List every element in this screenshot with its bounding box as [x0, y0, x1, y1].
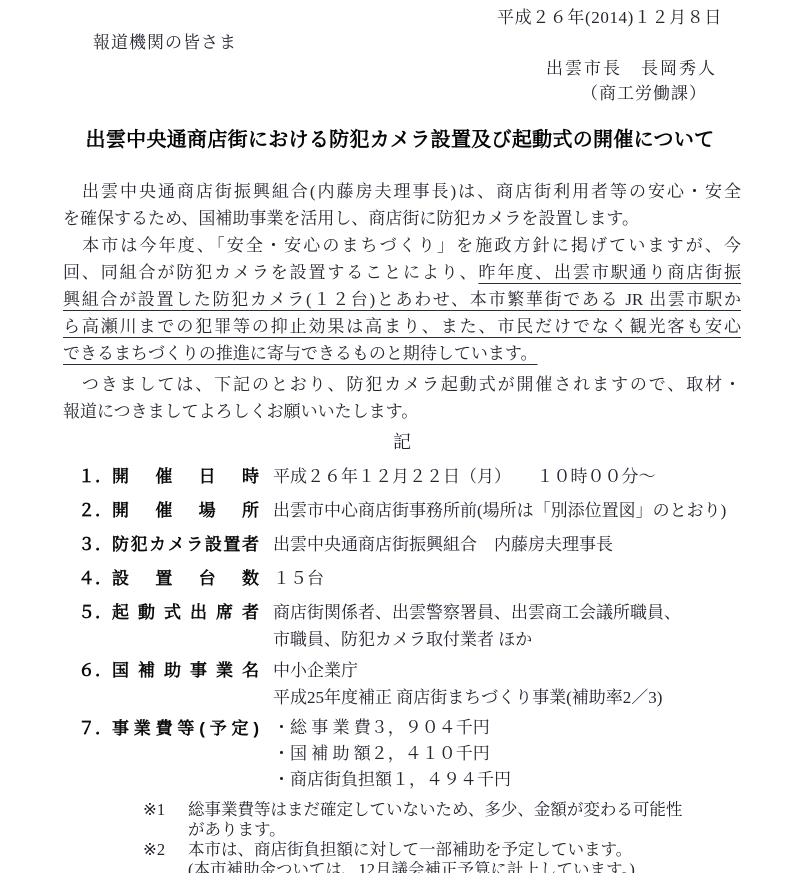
item-number: ４．	[78, 565, 112, 592]
item-number: ２．	[78, 497, 112, 524]
list-item-units: ４． 設 置 台 数 １５台	[78, 565, 741, 592]
footnote-line: があります。	[188, 820, 741, 840]
item-head: ５． 起動式出席者	[78, 599, 273, 653]
item-label: 開 催 日 時	[112, 463, 273, 490]
list-item-attendees: ５． 起動式出席者 商店街関係者、出雲警察署員、出雲商工会議所職員、 市職員、防…	[78, 599, 741, 653]
item-value-line: 出雲中央通商店街振興組合 内藤房夫理事長	[273, 531, 741, 558]
list-item-costs: ７． 事業費等(予定) ・総 事 業 費３，９０４千円 ・国 補 助 額２，４１…	[78, 715, 741, 793]
list-item-date: １． 開 催 日 時 平成２６年１２月２２日（月） １０時００分～	[78, 463, 741, 490]
paragraph-line: できるまちづくりの推進に寄与できるものと期待しています。	[63, 340, 741, 367]
item-label: 設 置 台 数	[112, 565, 273, 592]
footnote-2: ※2 本市は、商店街負担額に対して一部補助を予定しています。 (本市補助金ついて…	[143, 840, 741, 873]
footnote-line: 総事業費等はまだ確定していないため、多少、金額が変わる可能性	[188, 800, 741, 820]
item-value-line: 出雲市中心商店街事務所前(場所は「別添位置図」のとおり)	[273, 497, 741, 524]
list-item-place: ２． 開 催 場 所 出雲市中心商店街事務所前(場所は「別添位置図」のとおり)	[78, 497, 741, 524]
item-value-line: 商店街関係者、出雲警察署員、出雲商工会議所職員、	[273, 599, 741, 626]
footnote-1: ※1 総事業費等はまだ確定していないため、多少、金額が変わる可能性 があります。	[143, 800, 741, 840]
item-value-line: ・商店街負担額１，４９４千円	[273, 767, 741, 793]
item-number: ７．	[78, 715, 112, 793]
sender-name: 出雲市長 長岡秀人	[546, 54, 717, 79]
item-value: 出雲中央通商店街振興組合 内藤房夫理事長	[273, 531, 741, 558]
item-value-line: 平成25年度補正 商店街まちづくり事業(補助率2／3)	[273, 684, 741, 711]
document-title: 出雲中央通商店街における防犯カメラ設置及び起動式の開催について	[0, 123, 800, 152]
item-value: １５台	[273, 565, 741, 592]
underlined-text: 昨年度、出雲市駅通り商店街振	[479, 263, 742, 282]
item-head: ２． 開 催 場 所	[78, 497, 273, 524]
item-head: ４． 設 置 台 数	[78, 565, 273, 592]
paragraph-line: ら高瀬川までの犯罪等の抑止効果は高まり、また、市民だけでなく観光客も安心	[63, 313, 741, 340]
paragraph-line: 出雲中央通商店街振興組合(内藤房夫理事長)は、商店街利用者等の安心・安全	[63, 178, 741, 205]
footnotes: ※1 総事業費等はまだ確定していないため、多少、金額が変わる可能性 があります。…	[143, 800, 741, 873]
paragraph-line: つきましては、下記のとおり、防犯カメラ起動式が開催されますので、取材・	[63, 371, 741, 398]
paragraph-1: 出雲中央通商店街振興組合(内藤房夫理事長)は、商店街利用者等の安心・安全 を確保…	[63, 178, 741, 232]
footnote-body: 本市は、商店街負担額に対して一部補助を予定しています。 (本市補助金ついては、1…	[188, 840, 741, 873]
footnote-marker: ※1	[143, 800, 188, 840]
item-number: ３．	[78, 531, 112, 558]
ki-marker: 記	[63, 429, 741, 456]
underlined-text: できるまちづくりの推進に寄与できるものと期待しています。	[63, 344, 537, 363]
item-value: 平成２６年１２月２２日（月） １０時００分～	[273, 463, 741, 490]
press-release-page: 平成２６年(2014)１２月８日 報道機関の皆さま 出雲市長 長岡秀人 （商工労…	[0, 0, 800, 873]
item-head: １． 開 催 日 時	[78, 463, 273, 490]
item-number: １．	[78, 463, 112, 490]
item-label: 事業費等(予定)	[112, 715, 273, 793]
paragraph-line: 報道につきましてよろしくお願いいたします。	[63, 398, 741, 425]
paragraph-line: 本市は今年度、「安全・安心のまちづくり」を施政方針に掲げていますが、今	[63, 232, 741, 259]
footnote-marker: ※2	[143, 840, 188, 873]
item-label: 防犯カメラ設置者	[112, 531, 273, 558]
item-value: 商店街関係者、出雲警察署員、出雲商工会議所職員、 市職員、防犯カメラ取付業者 ほ…	[273, 599, 741, 653]
item-value: 中小企業庁 平成25年度補正 商店街まちづくり事業(補助率2／3)	[273, 657, 741, 711]
item-value-line: 市職員、防犯カメラ取付業者 ほか	[273, 626, 741, 653]
paragraph-3: つきましては、下記のとおり、防犯カメラ起動式が開催されますので、取材・ 報道につ…	[63, 371, 741, 425]
item-label: 開 催 場 所	[112, 497, 273, 524]
paragraph-text: 回、同組合が防犯カメラを設置することにより、	[63, 263, 479, 282]
item-value-line: ・総 事 業 費３，９０４千円	[273, 715, 741, 741]
item-value-line: 中小企業庁	[273, 657, 741, 684]
underlined-text: ら高瀬川までの犯罪等の抑止効果は高まり、また、市民だけでなく観光客も安心	[63, 317, 741, 336]
item-value: 出雲市中心商店街事務所前(場所は「別添位置図」のとおり)	[273, 497, 741, 524]
paragraph-line: 興組合が設置した防犯カメラ(１２台)とあわせ、本市繁華街である JR 出雲市駅か	[63, 286, 741, 313]
document-body: 出雲中央通商店街振興組合(内藤房夫理事長)は、商店街利用者等の安心・安全 を確保…	[63, 178, 741, 873]
paragraph-line: 回、同組合が防犯カメラを設置することにより、昨年度、出雲市駅通り商店街振	[63, 259, 741, 286]
document-date: 平成２６年(2014)１２月８日	[497, 3, 722, 28]
item-label: 起動式出席者	[112, 599, 273, 653]
recipient: 報道機関の皆さま	[93, 28, 237, 53]
detail-list: １． 開 催 日 時 平成２６年１２月２２日（月） １０時００分～ ２． 開 催…	[78, 463, 741, 793]
item-value-line: １５台	[273, 565, 741, 592]
list-item-subsidy-program: ６． 国補助事業名 中小企業庁 平成25年度補正 商店街まちづくり事業(補助率2…	[78, 657, 741, 711]
footnote-body: 総事業費等はまだ確定していないため、多少、金額が変わる可能性 があります。	[188, 800, 741, 840]
item-value-line: ・国 補 助 額２，４１０千円	[273, 741, 741, 767]
footnote-line: (本市補助金ついては、12月議会補正予算に計上しています。)	[188, 860, 741, 873]
item-label: 国補助事業名	[112, 657, 273, 711]
sender-department: （商工労働課）	[581, 79, 707, 104]
item-value-line: 平成２６年１２月２２日（月） １０時００分～	[273, 463, 741, 490]
footnote-line: 本市は、商店街負担額に対して一部補助を予定しています。	[188, 840, 741, 860]
paragraph-2: 本市は今年度、「安全・安心のまちづくり」を施政方針に掲げていますが、今 回、同組…	[63, 232, 741, 367]
item-head: ３． 防犯カメラ設置者	[78, 531, 273, 558]
item-value: ・総 事 業 費３，９０４千円 ・国 補 助 額２，４１０千円 ・商店街負担額１…	[273, 715, 741, 793]
item-number: ５．	[78, 599, 112, 653]
paragraph-line: を確保するため、国補助事業を活用し、商店街に防犯カメラを設置します。	[63, 205, 741, 232]
list-item-installer: ３． 防犯カメラ設置者 出雲中央通商店街振興組合 内藤房夫理事長	[78, 531, 741, 558]
underlined-text: 興組合が設置した防犯カメラ(１２台)とあわせ、本市繁華街である JR 出雲市駅か	[63, 290, 741, 309]
item-head: ７． 事業費等(予定)	[78, 715, 273, 793]
item-head: ６． 国補助事業名	[78, 657, 273, 711]
item-number: ６．	[78, 657, 112, 711]
